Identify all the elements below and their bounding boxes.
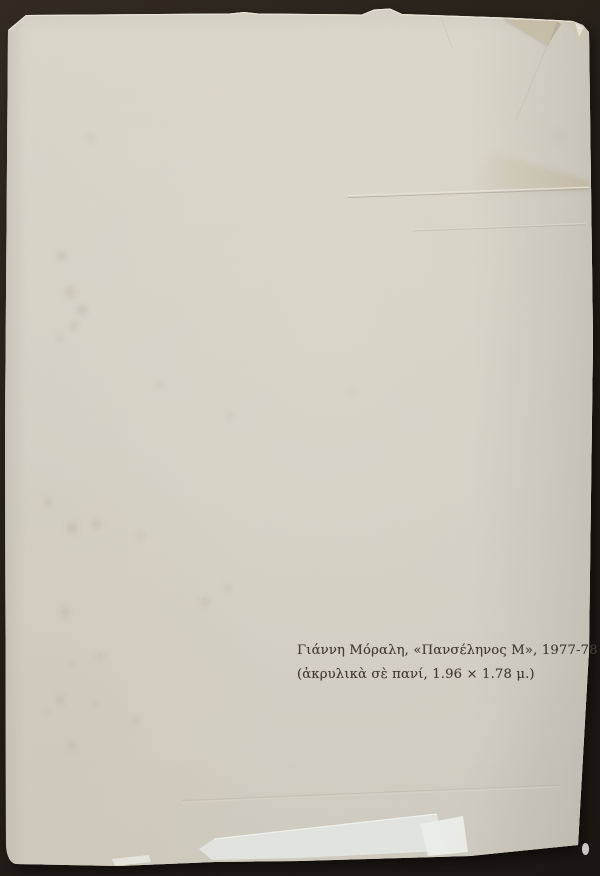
paper-surface-shading — [0, 0, 600, 876]
book-cover-illustration — [0, 0, 600, 876]
caption-line-2: (ἀκρυλικὰ σὲ πανί, 1.96 × 1.78 μ.) — [297, 663, 598, 687]
corner-speck — [582, 843, 589, 855]
photo-caption: Γιάννη Μόραλη, «Πανσέληνος Μ», 1977-78 (… — [297, 639, 598, 686]
photo-of-book-back-cover: Γιάννη Μόραλη, «Πανσέληνος Μ», 1977-78 (… — [0, 0, 600, 876]
caption-line-1: Γιάννη Μόραλη, «Πανσέληνος Μ», 1977-78 — [297, 639, 598, 663]
